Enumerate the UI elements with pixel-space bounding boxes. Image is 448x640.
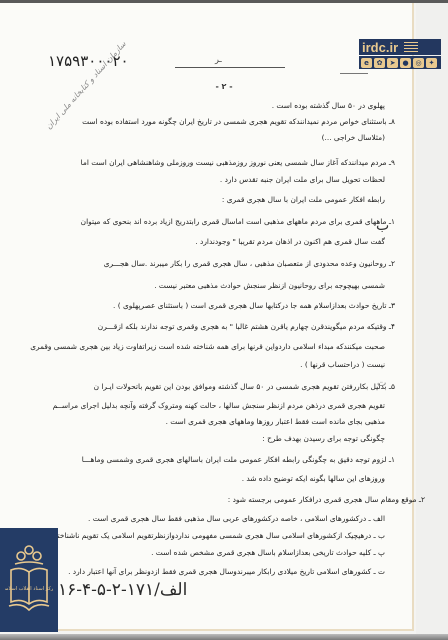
- menu-lines-icon: [404, 42, 418, 52]
- text-line: تقویم هجری قمری درذهن مردم ازنظر سنجش سا…: [53, 400, 385, 412]
- text-line: ۴ـ وقتیکه مردم میگویندقرن چهارم یاقرن هش…: [98, 321, 395, 333]
- scan-bottom-edge: [0, 634, 448, 640]
- handwritten-reference: الف/۱۷۱-۲-۵-۴-۱۶: [58, 580, 187, 600]
- aparat-icon[interactable]: ✿: [374, 58, 385, 68]
- irdc-badge[interactable]: irdc.ir e ✿ ➤ ● ◎ ✦: [359, 39, 441, 69]
- soroush-icon[interactable]: ●: [400, 58, 411, 68]
- text-line: مذهبی بجای مانده است فقط اعتبار روزها وم…: [166, 416, 385, 428]
- instagram-icon[interactable]: ◎: [413, 58, 424, 68]
- page-number: - ۲ -: [0, 82, 448, 91]
- text-line: ۹ـ مردم میدانندکه آغاز سال شمسی یعنی نور…: [81, 157, 395, 169]
- text-line: رابطه افکار عمومی ملت ایران با سال هجری …: [222, 194, 385, 206]
- text-line: الف ـ درکشورهای اسلامی ، خاصه درکشورهای …: [88, 513, 385, 525]
- irdc-site-label: irdc.ir: [362, 40, 398, 55]
- text-line: گفت سال قمری هم اکنون در اذهان مردم تقری…: [195, 236, 385, 248]
- text-line: پ ـ کلیه حوادث تاریخی بعدازاسلام باسال ه…: [151, 547, 385, 559]
- book-logo-icon: مرکز اسناد انقلاب اسلامی: [5, 540, 53, 620]
- irdc-site-label-row: irdc.ir: [359, 39, 441, 55]
- margin-mark-b: ب: [376, 218, 389, 234]
- text-line: ب ـ درهیچیک ازکشورهای اسلامی سال هجری شم…: [31, 530, 385, 542]
- header-rule: [175, 67, 285, 68]
- header-rule-short: [340, 73, 368, 74]
- text-line: شمسی بهیچوجه برای روحانیون ازنظر سنجش حو…: [154, 280, 385, 292]
- scan-right-margin: [416, 3, 448, 634]
- text-line: صحبت میکنندکه مبداء اسلامی داردواین قرنه…: [30, 341, 385, 353]
- text-line: ۲ـ روحانیون وعده محدودی از متعصبان مذهبی…: [104, 258, 395, 270]
- eitaa-icon[interactable]: e: [361, 58, 372, 68]
- irdc-logo[interactable]: مرکز اسناد انقلاب اسلامی: [0, 528, 58, 632]
- text-line: ۱ـ ماههای قمری برای مردم ماههای مذهبی اس…: [81, 216, 395, 228]
- text-line: ۱ـ لزوم توجه دقیق به چگونگی رابطه افکار …: [82, 454, 395, 466]
- text-line: ۲ـ موقع ومقام سال هجری قمری درافکار عموم…: [228, 494, 425, 506]
- header-mark: ـر: [215, 55, 222, 64]
- telegram-icon[interactable]: ➤: [387, 58, 398, 68]
- social-icons-row: e ✿ ➤ ● ◎ ✦: [359, 56, 441, 69]
- text-line: پهلوی در ۵۰ سال گذشته بوده است .: [272, 100, 385, 112]
- text-line: چگونگی توجه برای رسیدن بهدف طرح :: [262, 433, 385, 445]
- text-line: (مثلاسال خراجی ...): [322, 132, 385, 144]
- text-line: ۵ـ بدلیل بکاررفتن تقویم هجری شمسی در ۵۰ …: [94, 381, 395, 393]
- text-line: وروزهای این سالها بگونه ایکه توضیح داده …: [242, 473, 385, 485]
- text-line: ۳ـ تاریخ حوادث بعدازاسلام همه جا درکتابه…: [113, 300, 395, 312]
- text-line: نیست ( دراحتساب قرنها ) .: [300, 359, 385, 371]
- twitter-icon[interactable]: ✦: [426, 58, 437, 68]
- svg-text:مرکز اسناد انقلاب اسلامی: مرکز اسناد انقلاب اسلامی: [5, 586, 53, 592]
- text-line: لحظات تحویل سال برای ملت ایران جنبه تقدس…: [220, 174, 385, 186]
- text-line: ۸ـ باستثنای خواص مردم نمیدانندکه تقویم ه…: [82, 116, 395, 128]
- margin-mark-t: ت: [377, 378, 386, 389]
- text-line: ت ـ کشورهای اسلامی تاریخ میلادی رابکار م…: [68, 566, 385, 578]
